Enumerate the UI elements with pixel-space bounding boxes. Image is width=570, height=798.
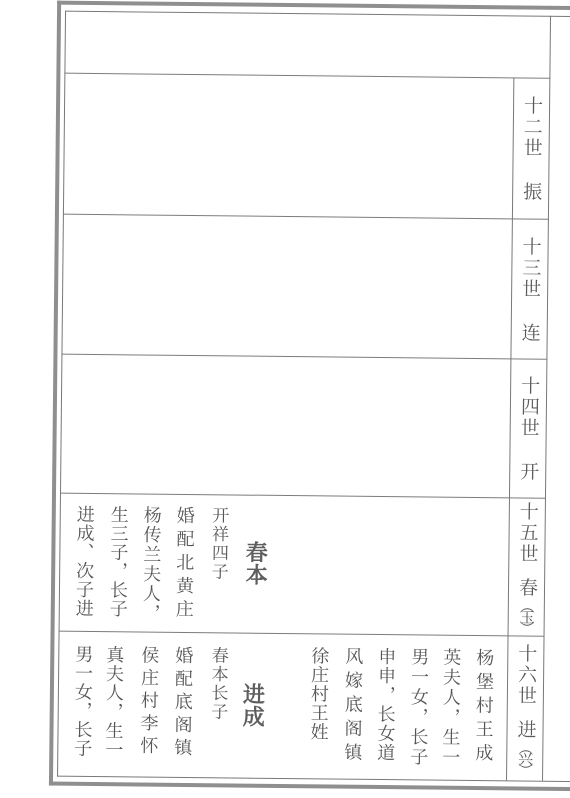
biography-line: 婚配底阁镇 xyxy=(172,646,191,761)
genealogy-page: 十二世 振 十三世 连 十四世 开 十五世 春 （玉） 十六世 进 （兴） 春本… xyxy=(0,0,570,798)
biography-line: 开祥四子 xyxy=(209,506,227,581)
biography-line: 杨传兰夫人， xyxy=(141,506,160,624)
continued-biography-line: 杨堡村王成 xyxy=(473,648,492,767)
biography-line: 进成、次子进 xyxy=(74,505,93,618)
continued-biography-line: 男一女，长子 xyxy=(408,647,427,767)
generation-character: 春 xyxy=(517,577,536,596)
generation-alternate-character: （兴） xyxy=(517,740,532,773)
biography-line: 真夫人，生一 xyxy=(103,645,122,759)
generation-number: 十三世 xyxy=(520,236,540,299)
biography-line: 春本长子 xyxy=(208,646,226,721)
continued-biography-line: 申申，长女道 xyxy=(375,647,394,762)
biography-line: 侯庄村李怀 xyxy=(138,645,157,758)
biography-line: 男一女，长子 xyxy=(72,645,91,758)
person-name: 春本 xyxy=(244,541,266,586)
continued-biography-line: 英夫人，生一 xyxy=(440,648,459,768)
generation-number: 十四世 xyxy=(519,375,539,438)
biography-line: 婚配北黄庄 xyxy=(174,506,193,623)
person-name: 进成 xyxy=(241,683,263,728)
generation-character: 连 xyxy=(520,322,539,341)
continued-biography-line: 风嫁底阁镇 xyxy=(342,647,361,767)
generation-label-15: 十五世 春 （玉） xyxy=(508,497,545,635)
generation-character: 进 xyxy=(515,719,534,738)
generation-label-14: 十四世 开 xyxy=(509,358,546,497)
generation-character: 开 xyxy=(518,461,537,480)
generation-label-13: 十三世 连 xyxy=(511,218,548,358)
continued-biography-line: 徐庄村王姓 xyxy=(308,646,327,741)
generation-alternate-character: （玉） xyxy=(519,598,534,631)
generation-number: 十六世 xyxy=(516,643,536,706)
generation-number: 十二世 xyxy=(522,95,542,158)
generation-label-12: 十二世 振 xyxy=(512,77,549,218)
biography-line: 生三子，长子 xyxy=(108,505,127,618)
generation-character: 振 xyxy=(521,181,540,200)
generation-number: 十五世 xyxy=(517,501,537,564)
empty-header-row xyxy=(65,12,550,78)
generation-label-16: 十六世 进 （兴） xyxy=(507,635,545,780)
